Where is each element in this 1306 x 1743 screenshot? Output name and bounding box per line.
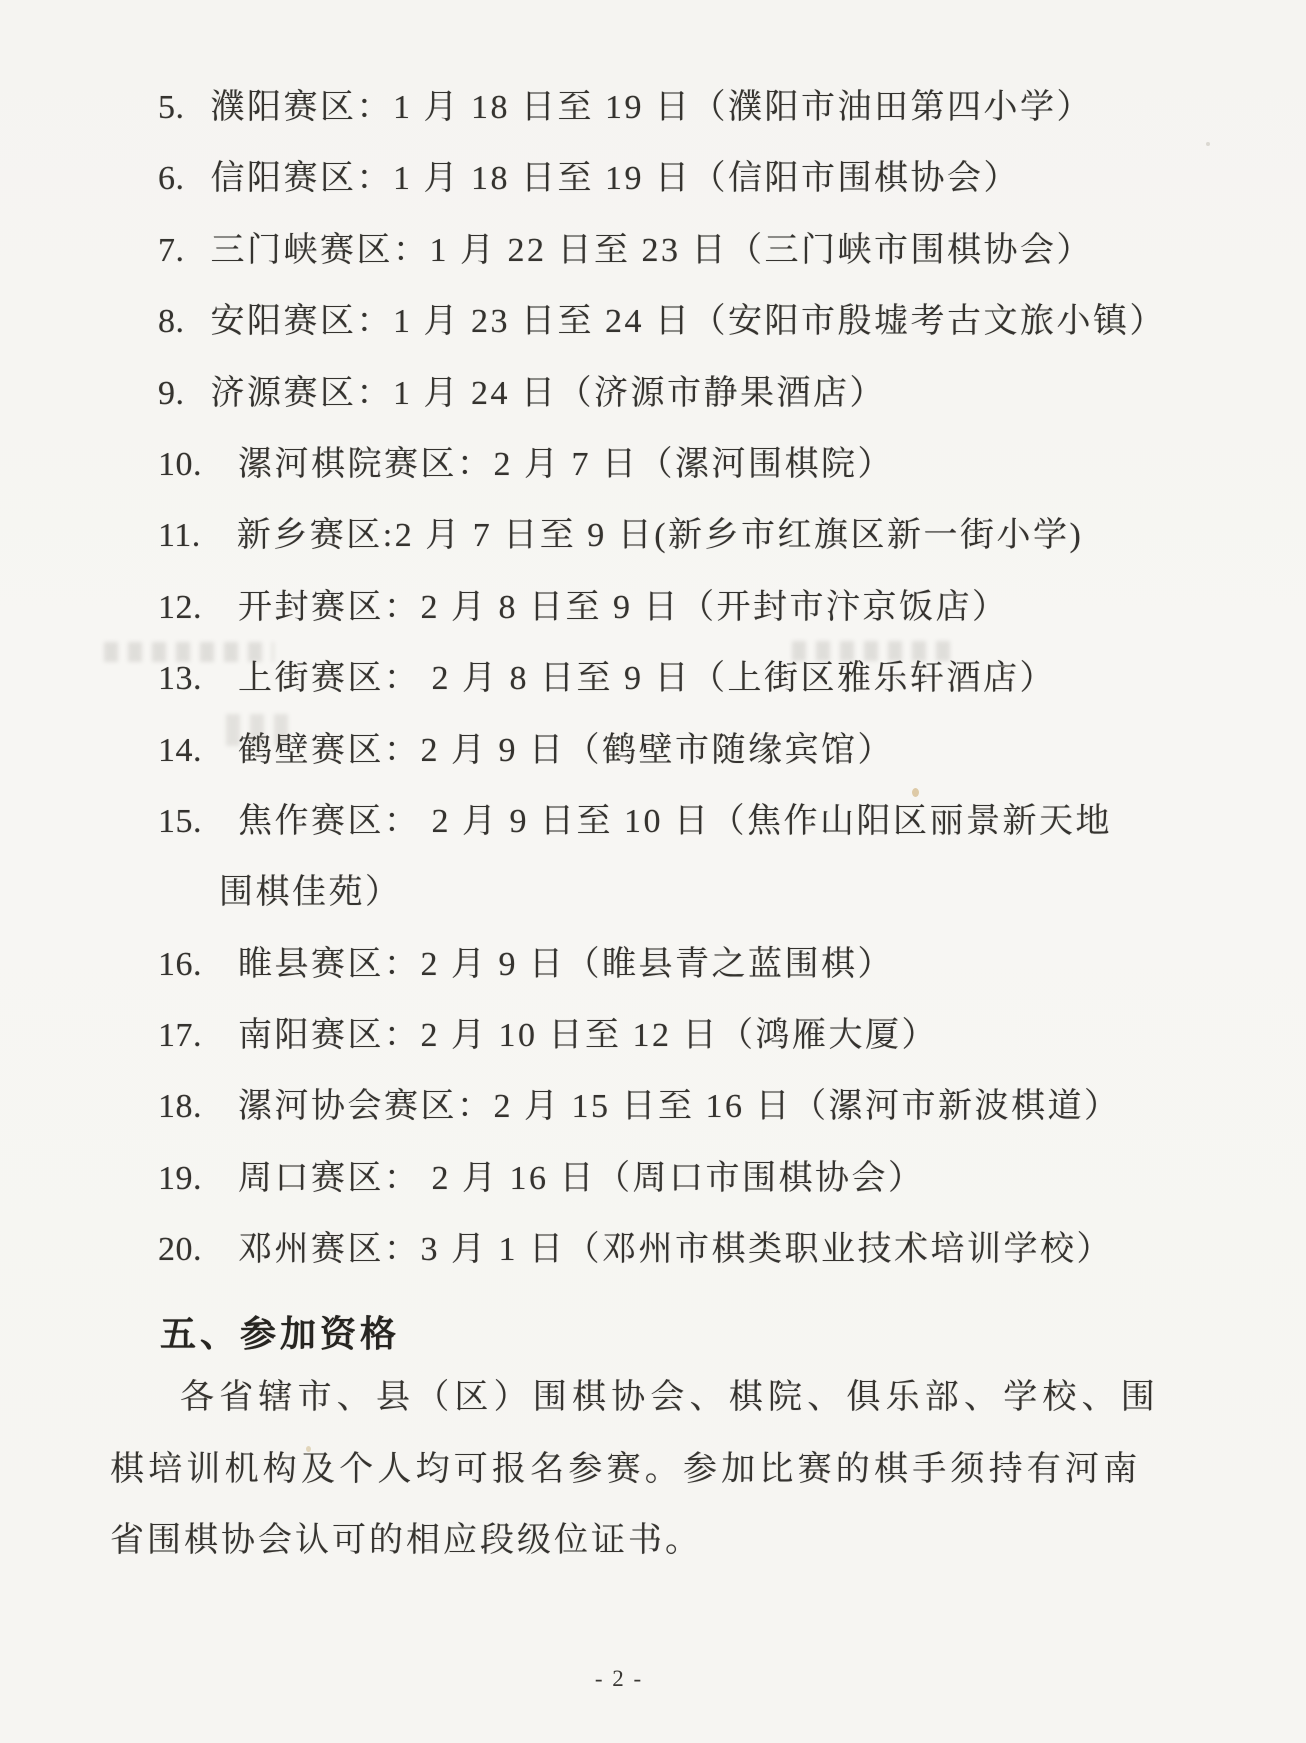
item-text: 漯河协会赛区：2 月 15 日至 16 日（漯河市新波棋道） (238, 1087, 1121, 1128)
venue-list: 5. 濮阳赛区：1 月 18 日至 19 日（濮阳市油田第四小学） 6. 信阳赛… (0, 88, 1306, 1302)
item-text: 围棋佳苑） (219, 873, 402, 914)
scan-speck-artifact (912, 788, 919, 797)
list-item-continuation: 围棋佳苑） (0, 873, 1306, 944)
item-text: 周口赛区： 2 月 16 日（周口市围棋协会） (238, 1159, 925, 1200)
page-number: - 2 - (563, 1666, 675, 1692)
item-number: 11. (158, 516, 201, 557)
item-text: 新乡赛区:2 月 7 日至 9 日(新乡市红旗区新一街小学) (237, 516, 1084, 557)
item-text: 安阳赛区：1 月 23 日至 24 日（安阳市殷墟考古文旅小镇） (211, 302, 1167, 343)
section-heading: 五、参加资格 (160, 1306, 400, 1357)
paragraph-line: 棋培训机构及个人均可报名参赛。参加比赛的棋手须持有河南 (110, 1450, 1141, 1491)
item-number: 20. (158, 1230, 202, 1271)
item-text: 濮阳赛区：1 月 18 日至 19 日（濮阳市油田第四小学） (211, 88, 1094, 129)
item-number: 7. (158, 231, 185, 272)
item-number: 18. (158, 1087, 202, 1128)
scan-ghost-artifact (792, 641, 950, 661)
list-item: 19. 周口赛区： 2 月 16 日（周口市围棋协会） (0, 1159, 1306, 1230)
item-number: 19. (158, 1159, 202, 1200)
paragraph-line: 各省辖市、县（区）围棋协会、棋院、俱乐部、学校、围 (180, 1378, 1160, 1419)
item-number: 14. (158, 731, 202, 772)
item-text: 济源赛区：1 月 24 日（济源市静果酒店） (211, 374, 887, 415)
item-number: 9. (158, 374, 185, 415)
item-number: 15. (158, 802, 202, 843)
item-number: 10. (158, 445, 202, 486)
item-number: 6. (158, 159, 185, 200)
item-text: 睢县赛区：2 月 9 日（睢县青之蓝围棋） (238, 945, 894, 986)
item-text: 上街赛区： 2 月 8 日至 9 日（上街区雅乐轩酒店） (238, 659, 1056, 700)
item-text: 邓州赛区：3 月 1 日（邓州市棋类职业技术培训学校） (238, 1230, 1113, 1271)
item-text: 漯河棋院赛区：2 月 7 日（漯河围棋院） (238, 445, 894, 486)
scan-speck-artifact (1206, 142, 1210, 146)
item-number: 8. (158, 302, 185, 343)
list-item: 15. 焦作赛区： 2 月 9 日至 10 日（焦作山阳区丽景新天地 (0, 802, 1306, 873)
list-item: 11. 新乡赛区:2 月 7 日至 9 日(新乡市红旗区新一街小学) (0, 516, 1306, 587)
item-number: 16. (158, 945, 202, 986)
item-text: 南阳赛区：2 月 10 日至 12 日（鸿雁大厦） (238, 1016, 938, 1057)
item-text: 三门峡赛区：1 月 22 日至 23 日（三门峡市围棋协会） (211, 231, 1094, 272)
list-item: 13. 上街赛区： 2 月 8 日至 9 日（上街区雅乐轩酒店） (0, 659, 1306, 730)
item-number: 13. (158, 659, 202, 700)
list-item: 5. 濮阳赛区：1 月 18 日至 19 日（濮阳市油田第四小学） (0, 88, 1306, 159)
item-text: 鹤壁赛区：2 月 9 日（鹤壁市随缘宾馆） (238, 731, 894, 772)
list-item: 8. 安阳赛区：1 月 23 日至 24 日（安阳市殷墟考古文旅小镇） (0, 302, 1306, 373)
scan-ghost-artifact (226, 714, 290, 746)
item-text: 焦作赛区： 2 月 9 日至 10 日（焦作山阳区丽景新天地 (238, 802, 1112, 843)
paragraph-line: 省围棋协会认可的相应段级位证书。 (110, 1521, 702, 1562)
list-item: 20. 邓州赛区：3 月 1 日（邓州市棋类职业技术培训学校） (0, 1230, 1306, 1301)
list-item: 17. 南阳赛区：2 月 10 日至 12 日（鸿雁大厦） (0, 1016, 1306, 1087)
list-item: 14. 鹤壁赛区：2 月 9 日（鹤壁市随缘宾馆） (0, 731, 1306, 802)
item-text: 开封赛区：2 月 8 日至 9 日（开封市汴京饭店） (238, 588, 1009, 629)
scan-ghost-artifact (104, 642, 274, 662)
item-number: 12. (158, 588, 202, 629)
list-item: 9. 济源赛区：1 月 24 日（济源市静果酒店） (0, 374, 1306, 445)
item-text: 信阳赛区：1 月 18 日至 19 日（信阳市围棋协会） (211, 159, 1021, 200)
list-item: 16. 睢县赛区：2 月 9 日（睢县青之蓝围棋） (0, 945, 1306, 1016)
list-item: 10. 漯河棋院赛区：2 月 7 日（漯河围棋院） (0, 445, 1306, 516)
list-item: 7. 三门峡赛区：1 月 22 日至 23 日（三门峡市围棋协会） (0, 231, 1306, 302)
scan-speck-artifact (306, 1446, 311, 1452)
item-number: 17. (158, 1016, 202, 1057)
item-number: 5. (158, 88, 185, 129)
document-page: 5. 濮阳赛区：1 月 18 日至 19 日（濮阳市油田第四小学） 6. 信阳赛… (0, 0, 1306, 1743)
list-item: 18. 漯河协会赛区：2 月 15 日至 16 日（漯河市新波棋道） (0, 1087, 1306, 1158)
list-item: 6. 信阳赛区：1 月 18 日至 19 日（信阳市围棋协会） (0, 159, 1306, 230)
